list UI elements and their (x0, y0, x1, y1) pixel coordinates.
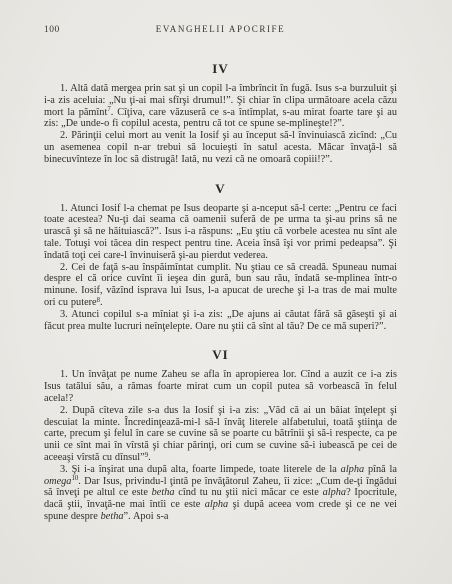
paragraph: 3. Şi i-a înşirat una după alta, foarte … (44, 464, 397, 523)
paragraph: 1. Altă dată mergea prin sat şi un copil… (44, 83, 397, 130)
text-run: 3. Atunci copilul s-a mîniat şi i-a zis:… (44, 309, 397, 332)
italic-term: alpha (341, 464, 364, 475)
text-run: 1. Un învăţat pe nume Zaheu se afla în a… (44, 369, 397, 404)
running-head: EVANGHELII APOCRIFE (156, 24, 286, 35)
section-heading: IV (44, 61, 397, 76)
footnote-ref: 10 (71, 475, 78, 482)
text-run: ”. Apoi s-a (124, 511, 169, 522)
text-run: . (100, 297, 103, 308)
paragraph: 2. Părinţii celui mort au venit la Iosif… (44, 130, 397, 165)
paragraph: 1. Un învăţat pe nume Zaheu se afla în a… (44, 369, 397, 404)
section-heading: VI (44, 347, 397, 362)
text-run: 3. Şi i-a înşirat una după alta, foarte … (60, 464, 341, 475)
section-heading: V (44, 181, 397, 196)
text-run: cînd tu nu ştii nici măcar ce este (175, 487, 323, 498)
section-vi: VI1. Un învăţat pe nume Zaheu se afla în… (44, 347, 397, 522)
running-header: 100 EVANGHELII APOCRIFE (44, 24, 397, 36)
text-run: 2. După cîteva zile s-a dus la Iosif şi … (44, 405, 397, 463)
paragraph: 3. Atunci copilul s-a mîniat şi i-a zis:… (44, 309, 397, 333)
footnote-ref: 8 (97, 297, 100, 304)
italic-term: betha (101, 511, 124, 522)
book-page: 100 EVANGHELII APOCRIFE IV1. Altă dată m… (0, 0, 452, 584)
italic-term: alpha (323, 487, 346, 498)
paragraph: 1. Atunci Iosif l-a chemat pe Isus deopa… (44, 203, 397, 262)
text-run: 1. Atunci Iosif l-a chemat pe Isus deopa… (44, 203, 397, 261)
page-number: 100 (44, 25, 60, 36)
text-run: pînă la (364, 464, 397, 475)
footnote-ref: 9 (145, 452, 148, 459)
section-iv: IV1. Altă dată mergea prin sat şi un cop… (44, 61, 397, 166)
footnote-ref: 7 (107, 106, 110, 113)
section-v: V1. Atunci Iosif l-a chemat pe Isus deop… (44, 181, 397, 333)
page-body: IV1. Altă dată mergea prin sat şi un cop… (44, 61, 397, 523)
italic-term: omega (44, 476, 71, 487)
text-run: 2. Părinţii celui mort au venit la Iosif… (44, 130, 397, 165)
text-run: . (148, 452, 151, 463)
italic-term: alpha (205, 499, 228, 510)
italic-term: betha (152, 487, 175, 498)
paragraph: 2. După cîteva zile s-a dus la Iosif şi … (44, 405, 397, 464)
paragraph: 2. Cei de faţă s-au înspăimîntat cumplit… (44, 262, 397, 309)
